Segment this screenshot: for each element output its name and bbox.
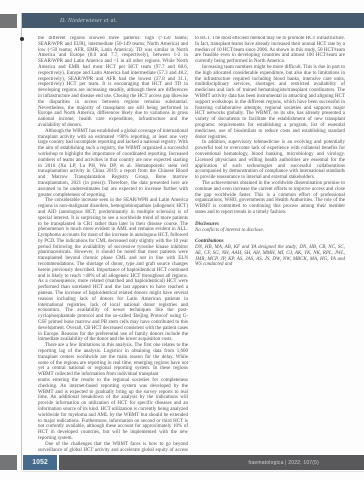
body-paragraph: Although the WBMT has established a glob… xyxy=(38,129,188,199)
running-head: D. Niederwieser et al. xyxy=(22,18,117,24)
running-head-bar: D. Niederwieser et al. xyxy=(22,13,364,28)
article-body: the different regions showed three patte… xyxy=(38,36,345,456)
body-paragraph: teams entering the results to the region… xyxy=(38,378,188,442)
page-marker-dot xyxy=(20,37,24,41)
page-number-box: 1052 xyxy=(23,455,57,470)
body-paragraph: the different regions showed three patte… xyxy=(38,36,188,129)
journal-citation: haematologica | 2022; 107(5) xyxy=(248,460,364,466)
footer-bar: haematologica | 2022; 107(5) xyxy=(59,455,364,470)
contributions-text: DN, HB, MA, AB, KF and YA designed the s… xyxy=(195,245,345,268)
body-paragraph: The considerable increase seen in the SE… xyxy=(38,198,188,343)
page-edge xyxy=(21,13,22,470)
scanned-journal-page: D. Niederwieser et al. the different reg… xyxy=(0,0,364,480)
body-paragraph: There are a few limitations in this anal… xyxy=(38,343,188,378)
body-paragraph: Increasing team numbers might be more di… xyxy=(195,65,345,140)
body-paragraph: The achievements obtained in the worldwi… xyxy=(195,181,345,216)
body-paragraph: In addition, supervisory telemedicine is… xyxy=(195,140,345,181)
facing-page-tab-top xyxy=(0,14,17,28)
facing-page-tab-bottom xyxy=(0,455,17,470)
page-bottom-edge xyxy=(22,471,364,472)
disclosures-text: No conflicts of interest to disclose. xyxy=(195,228,345,234)
page-number: 1052 xyxy=(32,459,48,466)
